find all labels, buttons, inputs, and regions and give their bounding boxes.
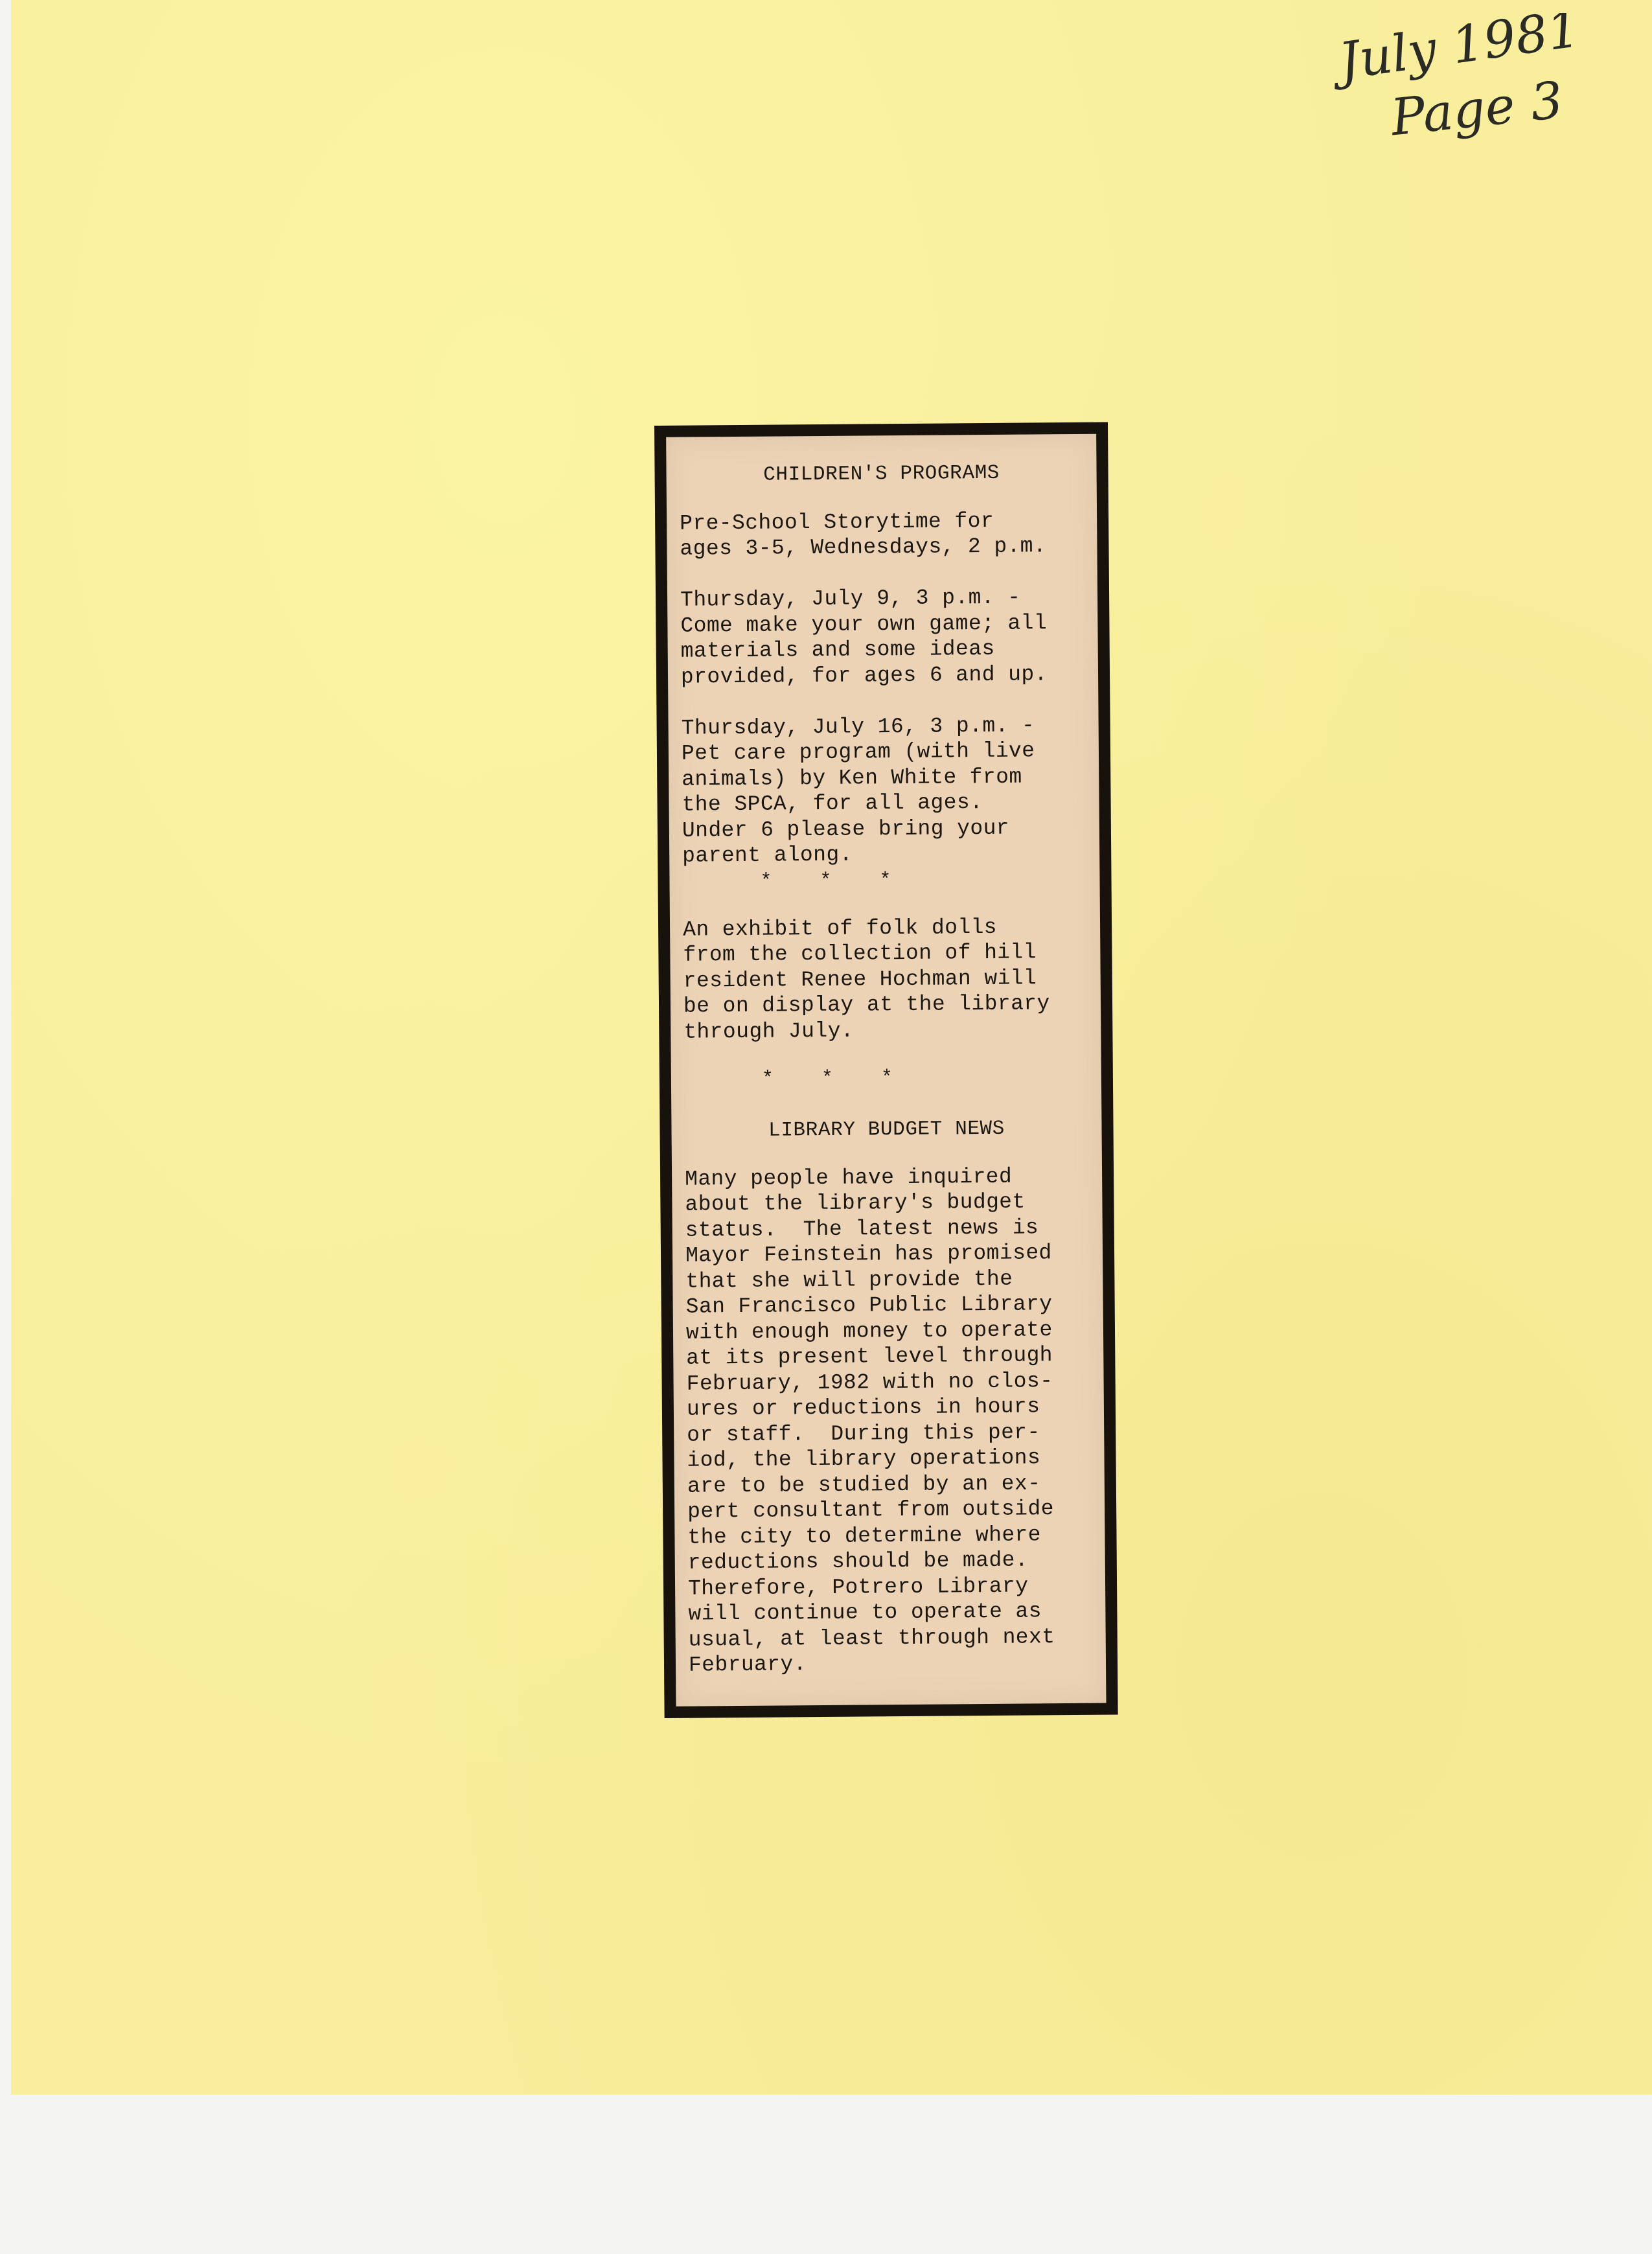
text-line: ages 3-5, Wednesdays, 2 p.m.	[667, 533, 1097, 562]
separator-stars: * * *	[671, 1064, 1101, 1093]
text-line: Come make your own game; all	[667, 610, 1097, 639]
text-line: Therefore, Potrero Library	[675, 1572, 1105, 1602]
text-line: Under 6 please bring your	[669, 814, 1099, 844]
text-line: Thursday, July 16, 3 p.m. -	[669, 712, 1099, 741]
text-line: or staff. During this per-	[674, 1419, 1104, 1448]
text-line: reductions should be made.	[675, 1547, 1105, 1576]
text-line: materials and some ideas	[668, 636, 1098, 665]
newspaper-clipping: CHILDREN'S PROGRAMS Pre-School Storytime…	[654, 422, 1118, 1718]
annotation-line-2: Page 3	[1387, 71, 1566, 148]
text-line: that she will provide the	[672, 1265, 1103, 1294]
text-line: usual, at least through next	[676, 1624, 1106, 1653]
text-line: at its present level through	[673, 1342, 1103, 1372]
text-line: the SPCA, for all ages.	[669, 789, 1099, 818]
text-line: the city to determine where	[674, 1521, 1105, 1550]
handwritten-annotation: July 1981 Page 3	[1313, 13, 1585, 149]
text-line: Mayor Feinstein has promised	[672, 1240, 1103, 1269]
text-line: Pet care program (with live	[669, 738, 1099, 767]
text-line: Many people have inquired	[672, 1163, 1102, 1192]
heading-library-budget-news: LIBRARY BUDGET NEWS	[671, 1116, 1101, 1145]
text-line: San Francisco Public Library	[673, 1291, 1103, 1320]
text-line: from the collection of hill	[670, 939, 1100, 969]
heading-childrens-programs: CHILDREN'S PROGRAMS	[666, 460, 1096, 489]
text-line: resident Renee Hochman will	[671, 965, 1101, 994]
text-line: status. The latest news is	[672, 1214, 1103, 1243]
yellow-paper-sheet: July 1981 Page 3 CHILDREN'S PROGRAMS Pre…	[11, 0, 1652, 2095]
text-line: February, 1982 with no clos-	[673, 1368, 1103, 1397]
text-line: February.	[676, 1650, 1106, 1679]
text-line: with enough money to operate	[673, 1317, 1103, 1346]
text-line: will continue to operate as	[675, 1598, 1105, 1627]
separator-stars: * * *	[669, 866, 1099, 895]
text-line: pert consultant from outside	[674, 1496, 1105, 1525]
text-line: Pre-School Storytime for	[667, 507, 1097, 536]
text-line: An exhibit of folk dolls	[670, 914, 1100, 943]
childrens-programs-body: Pre-School Storytime forages 3-5, Wednes…	[667, 507, 1099, 869]
text-line: about the library's budget	[672, 1189, 1102, 1218]
text-line: through July.	[671, 1016, 1101, 1045]
text-line: are to be studied by an ex-	[674, 1470, 1105, 1499]
text-line: iod, the library operations	[674, 1445, 1104, 1474]
text-line: provided, for ages 6 and up.	[668, 661, 1098, 690]
text-line: ures or reductions in hours	[674, 1394, 1104, 1423]
library-budget-news-body: Many people have inquiredabout the libra…	[672, 1163, 1106, 1678]
folk-dolls-exhibit-body: An exhibit of folk dollsfrom the collect…	[670, 914, 1101, 1045]
text-line: parent along.	[669, 840, 1099, 869]
handwriting-drawing: July 1981 Page 3	[1313, 13, 1585, 149]
text-line: be on display at the library	[671, 991, 1101, 1020]
text-line: animals) by Ken White from	[669, 763, 1099, 792]
text-line: Thursday, July 9, 3 p.m. -	[667, 584, 1097, 614]
